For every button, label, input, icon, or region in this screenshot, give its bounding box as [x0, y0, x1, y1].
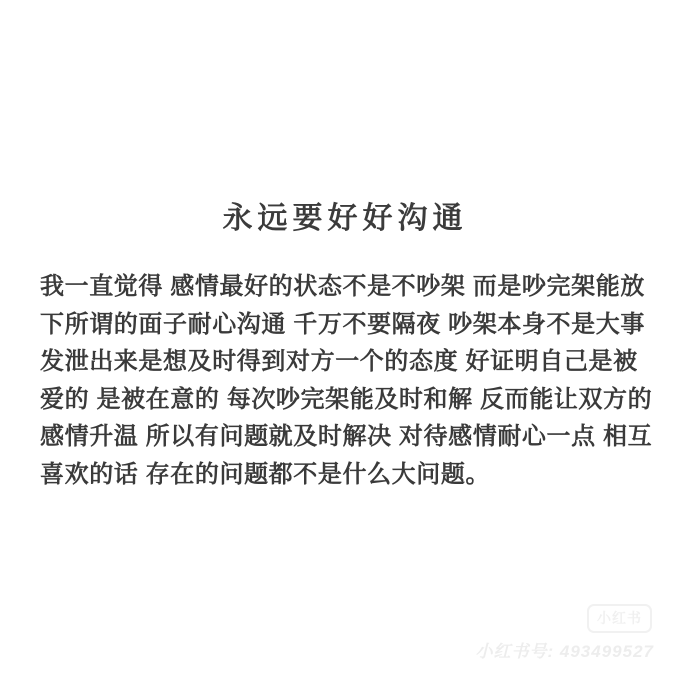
- quote-line: 下所谓的面子耐心沟通 千万不要隔夜 吵架本身不是大事: [40, 306, 658, 344]
- quote-line: 爱的 是被在意的 每次吵完架能及时和解 反而能让双方的: [40, 381, 658, 419]
- quote-paragraph: 我一直觉得 感情最好的状态不是不吵架 而是吵完架能放 下所谓的面子耐心沟通 千万…: [40, 268, 658, 493]
- quote-line: 感情升温 所以有问题就及时解决 对待感情耐心一点 相互: [40, 418, 658, 456]
- watermark: 小红书 小红书号: 493499527: [476, 604, 654, 662]
- xiaohongshu-id-label: 小红书号: 493499527: [476, 637, 654, 662]
- quote-line: 发泄出来是想及时得到对方一个的态度 好证明自己是被: [40, 343, 658, 381]
- quote-line: 我一直觉得 感情最好的状态不是不吵架 而是吵完架能放: [40, 268, 658, 306]
- page-title: 永远要好好沟通: [0, 193, 690, 237]
- quote-line: 喜欢的话 存在的问题都不是什么大问题。: [40, 456, 658, 494]
- quote-card: 永远要好好沟通 我一直觉得 感情最好的状态不是不吵架 而是吵完架能放 下所谓的面…: [0, 0, 690, 690]
- xiaohongshu-logo-badge: 小红书: [587, 604, 652, 633]
